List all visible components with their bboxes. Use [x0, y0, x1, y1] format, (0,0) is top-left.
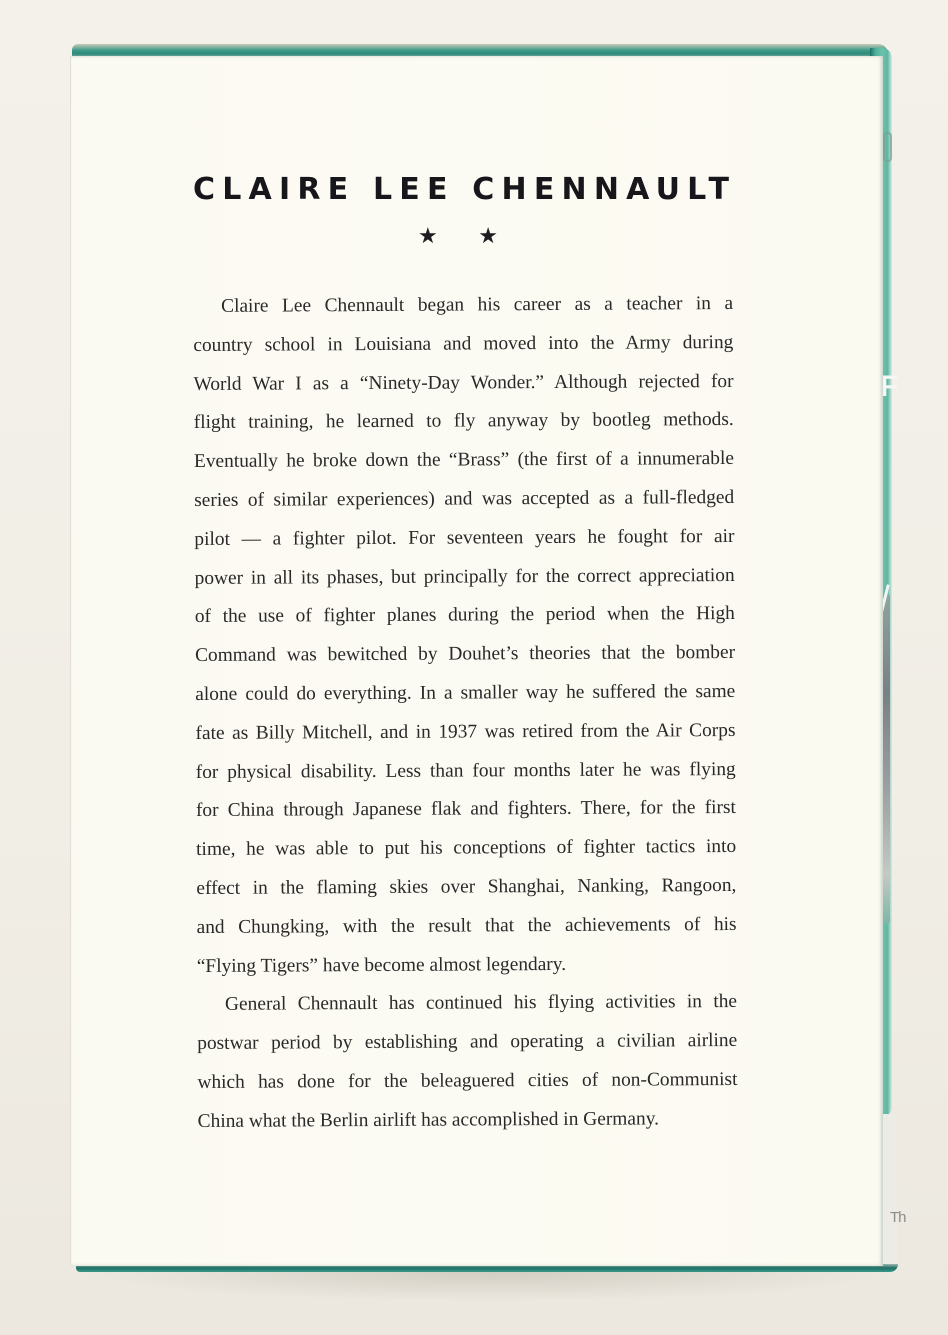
text-line: Eventually he broke down the “Brass” (th…	[194, 440, 734, 482]
text-line: country school in Louisiana and moved in…	[193, 324, 733, 366]
spine-ornament	[883, 132, 892, 162]
star-icon: ★	[418, 224, 438, 249]
back-jacket-panel: CLAIRE LEE CHENNAULT ★ ★ Claire Lee Chen…	[70, 56, 883, 1266]
star-icon: ★	[478, 224, 498, 249]
text-line: “Flying Tigers” have become almost legen…	[197, 945, 737, 987]
text-line: Claire Lee Chennault began his career as…	[193, 285, 733, 327]
text-line: pilot — a fighter pilot. For seventeen y…	[194, 518, 734, 560]
text-line: of the use of fighter planes during the …	[195, 595, 735, 637]
text-line: for China through Japanese flak and figh…	[196, 789, 736, 831]
jacket-title: CLAIRE LEE CHENNAULT	[193, 172, 723, 207]
book-shadow	[78, 1272, 898, 1302]
text-line: Command was bewitched by Douhet’s theori…	[195, 634, 735, 676]
text-line: fate as Billy Mitchell, and in 1937 was …	[195, 712, 735, 754]
paragraph-postwar: General Chennault has continued his flyi…	[197, 983, 738, 1141]
biography-blurb: Claire Lee Chennault began his career as…	[193, 285, 738, 1142]
spine-imprint: Th	[890, 1209, 906, 1226]
text-line: power in all its phases, but principally…	[195, 557, 735, 599]
text-line: time, he was able to put his conceptions…	[196, 828, 736, 870]
book: F Th CLAIRE LEE CHENNAULT ★ ★ Claire Lee…	[70, 44, 900, 1274]
paragraph-career: Claire Lee Chennault began his career as…	[193, 285, 737, 986]
text-line: postwar period by establishing and opera…	[197, 1022, 737, 1064]
text-line: effect in the flaming skies over Shangha…	[196, 867, 736, 909]
text-line: for physical disability. Less than four …	[196, 751, 736, 793]
text-line: which has done for the beleaguered citie…	[197, 1061, 737, 1103]
text-line: and Chungking, with the result that the …	[196, 906, 736, 948]
text-line: series of similar experiences) and was a…	[194, 479, 734, 521]
star-ornament: ★ ★	[418, 224, 498, 249]
text-line: General Chennault has continued his flyi…	[197, 983, 737, 1025]
text-line: alone could do everything. In a smaller …	[195, 673, 735, 715]
text-line: China what the Berlin airlift has accomp…	[198, 1100, 738, 1142]
text-line: flight training, he learned to fly anywa…	[194, 401, 734, 443]
text-line: World War I as a “Ninety-Day Wonder.” Al…	[193, 363, 733, 405]
